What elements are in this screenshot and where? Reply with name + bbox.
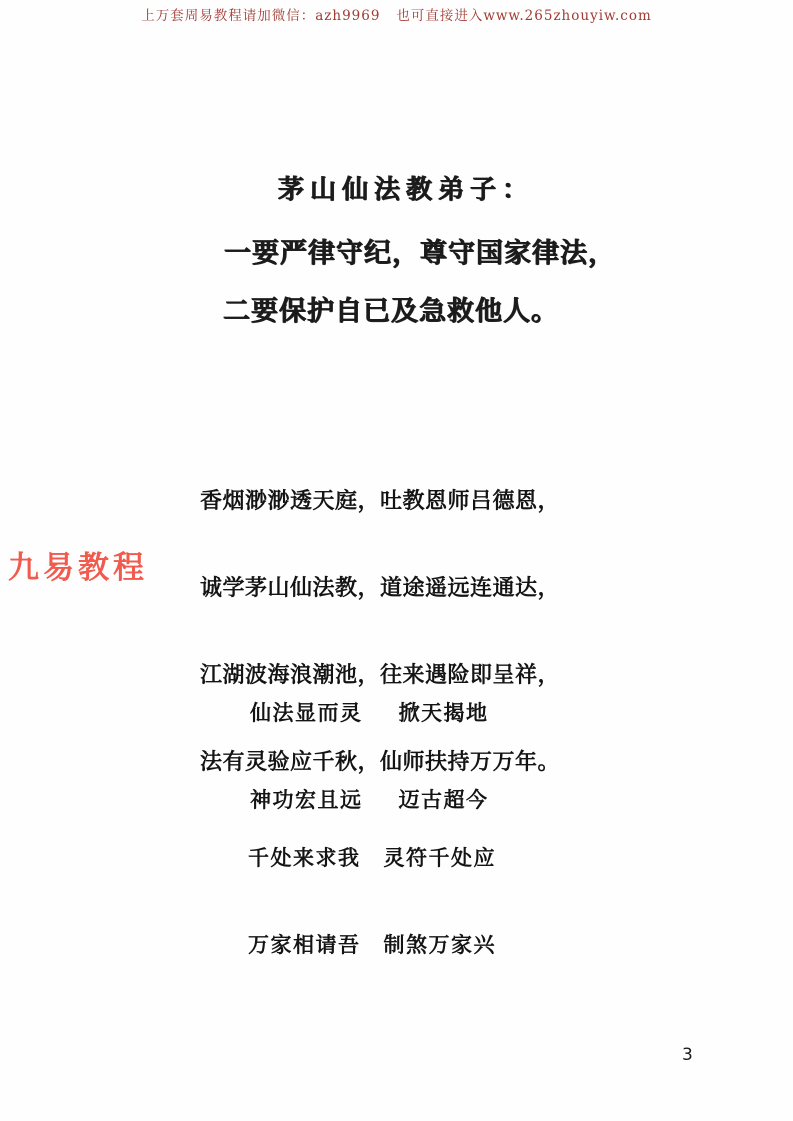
seller-contact-notice: 上万套周易教程请加微信：azh9969 也可直接进入www.265zhouyiw… [0,4,793,24]
couplet-line: 仙法显而灵 掀天揭地 [250,699,489,728]
couplet-2: 千处来求我 灵符千处应 万家相请吾 制煞万家兴 [248,786,496,1018]
couplet-right: 灵符千处应 [384,844,497,873]
poem-line: 香烟渺渺透天庭，吐教恩师吕德恩， [200,487,560,516]
watermark-jiuyi-jiaocheng: 九易教程 [8,542,148,587]
oath-rule-1: 一要严律守纪，尊守国家律法， [224,231,616,270]
couplet-line: 千处来求我 灵符千处应 [248,844,496,873]
couplet-right: 掀天揭地 [399,699,489,728]
scanned-document-page: 上万套周易教程请加微信：azh9969 也可直接进入www.265zhouyiw… [0,0,793,1121]
couplet-line: 万家相请吾 制煞万家兴 [248,931,496,960]
oath-rule-2: 二要保护自已及急救他人。 [223,289,559,328]
page-number: 3 [682,1045,693,1065]
poem-line: 诚学茅山仙法教，道途遥远连通达， [200,574,560,603]
couplet-right: 制煞万家兴 [384,931,497,960]
couplet-left: 仙法显而灵 [250,699,363,728]
couplet-left: 千处来求我 [248,844,361,873]
oath-title: 茅山仙法教弟子： [278,169,534,206]
couplet-left: 万家相请吾 [248,931,361,960]
